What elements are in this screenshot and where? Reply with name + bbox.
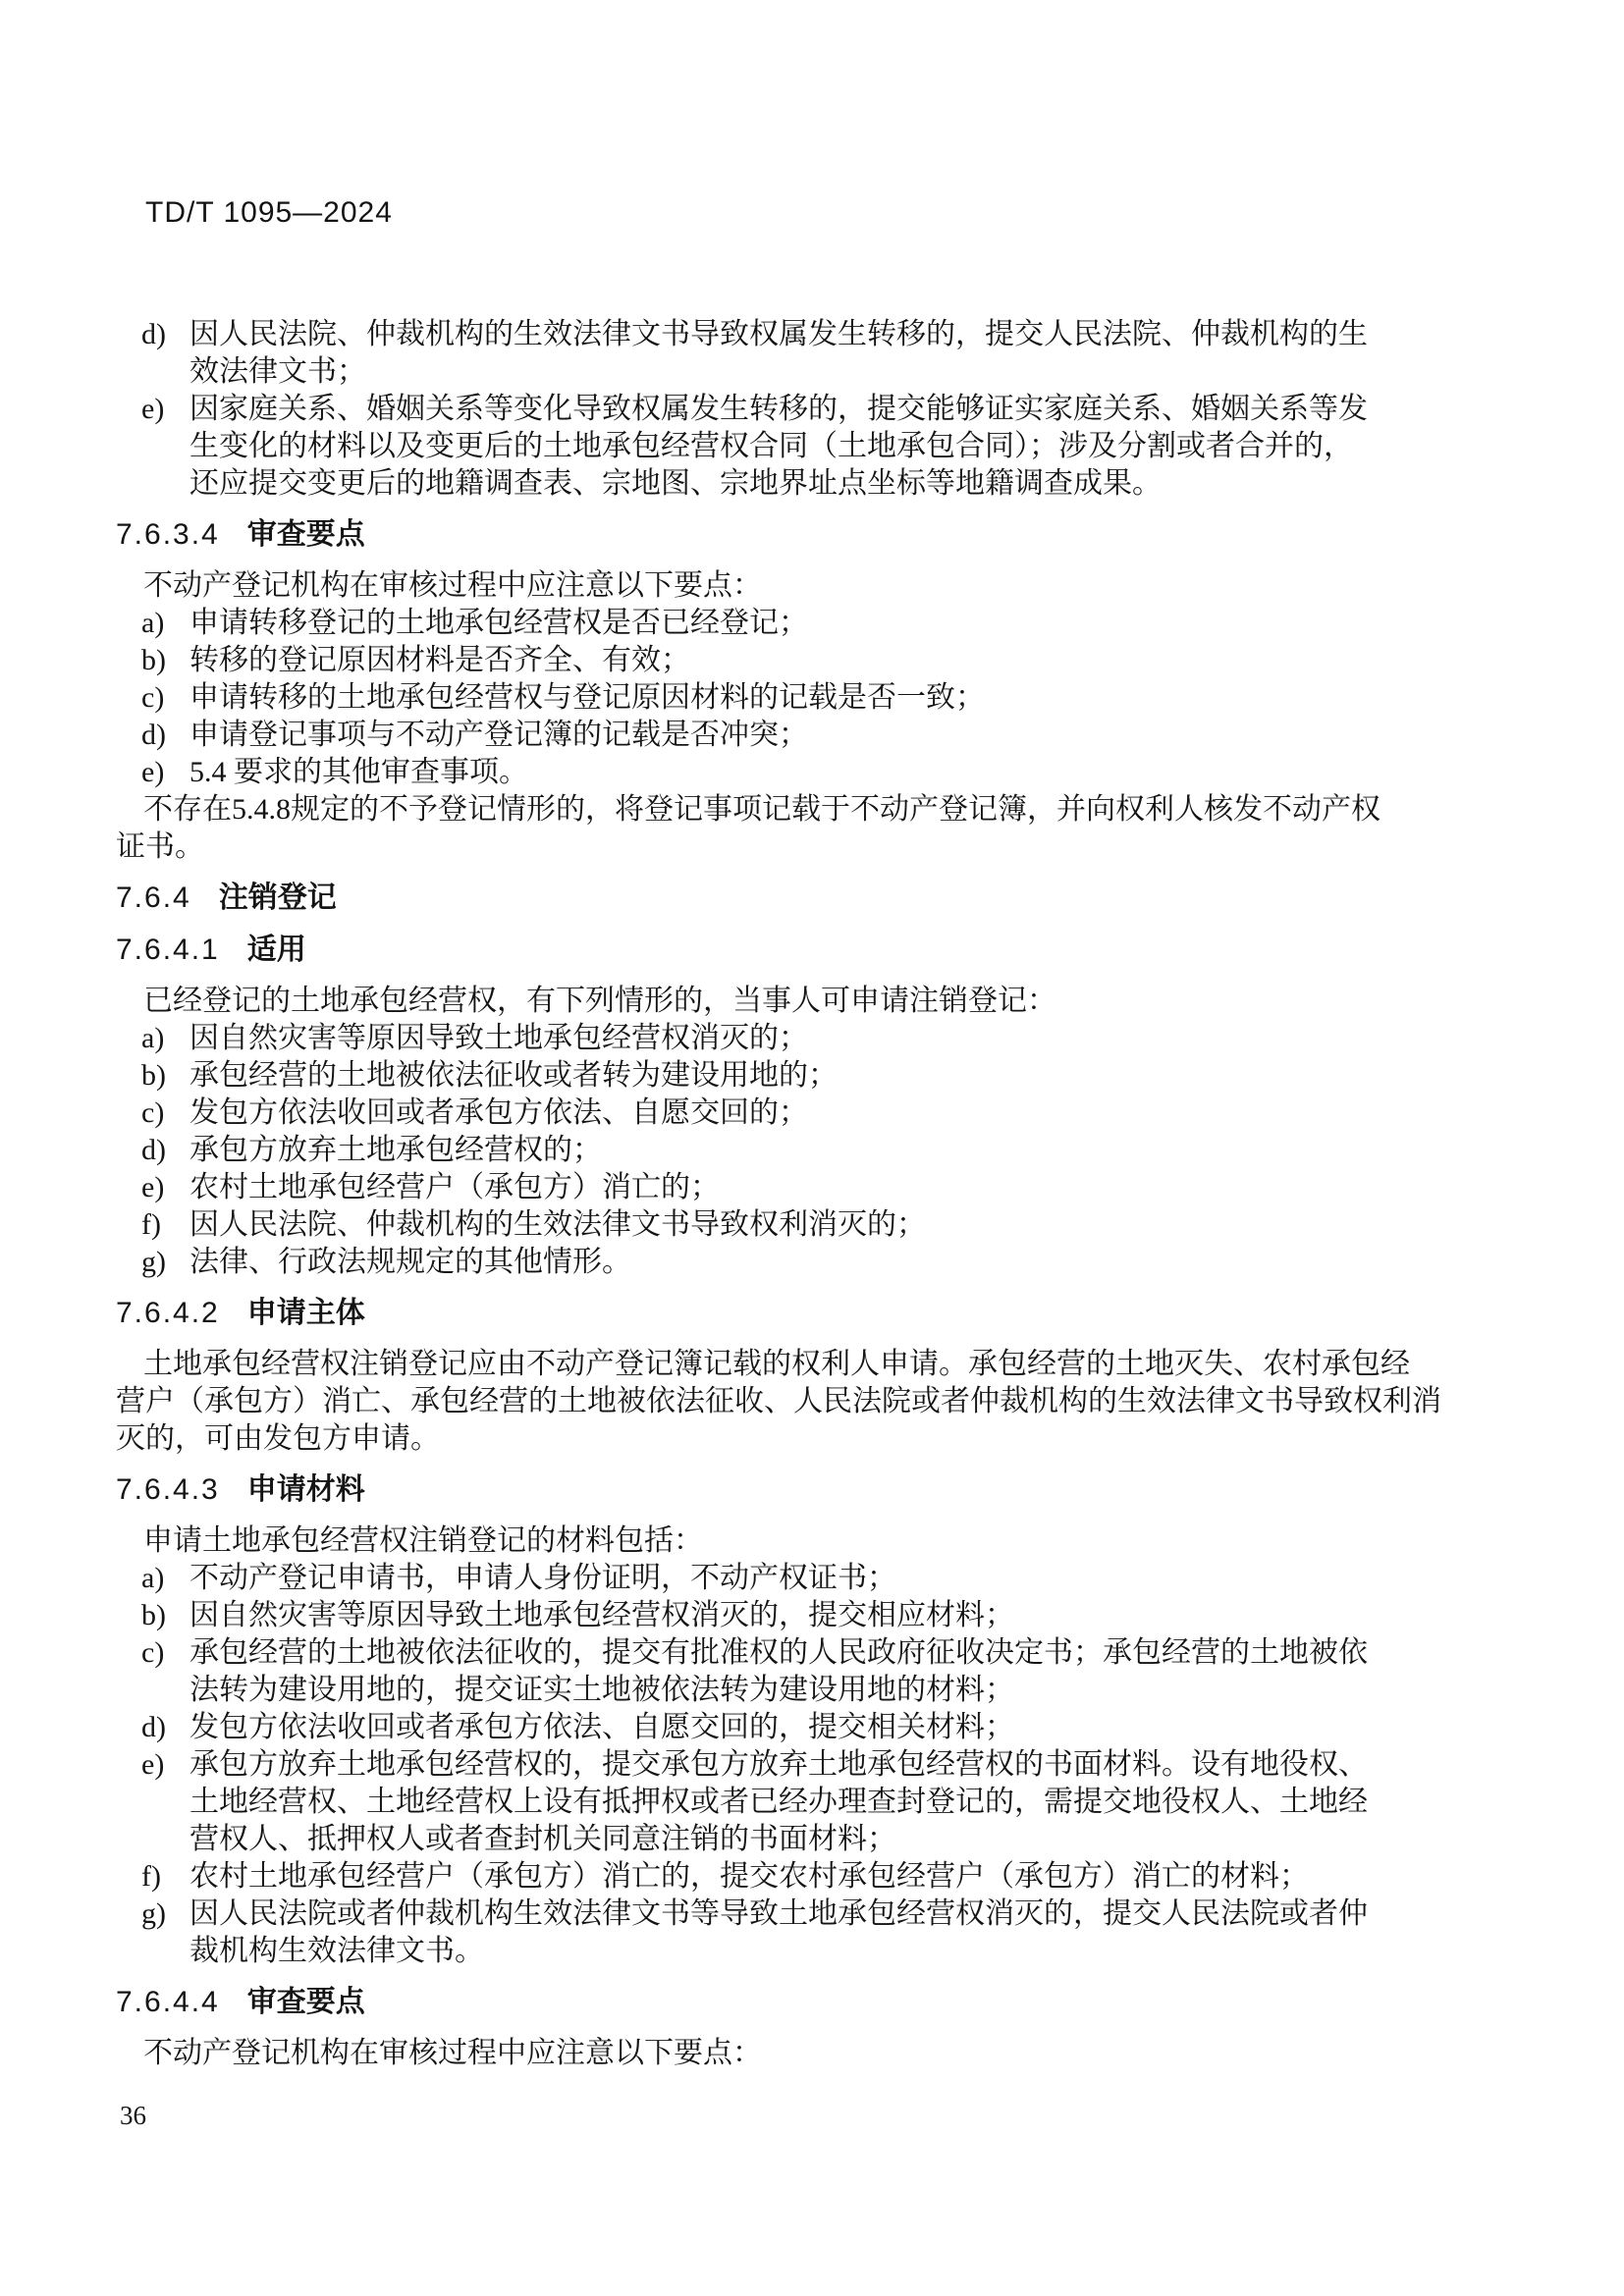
list-item: c) 承包经营的土地被依法征收的，提交有批准权的人民政府征收决定书；承包经营的土… (116, 1634, 1483, 1709)
list-item-marker: a) (116, 1020, 189, 1057)
list-item: c) 申请转移的土地承包经营权与登记原因材料的记载是否一致； (116, 679, 1483, 717)
section-heading: 7.6.4 注销登记 (116, 879, 1483, 918)
list-item: e) 5.4 要求的其他审查事项。 (116, 754, 1483, 791)
section-heading: 7.6.4.2 申请主体 (116, 1294, 1483, 1333)
list-item: a) 因自然灾害等原因导致土地承包经营权消灭的； (116, 1020, 1483, 1057)
list-item-marker: b) (116, 642, 189, 679)
list-item-text: 因自然灾害等原因导致土地承包经营权消灭的，提交相应材料； (189, 1597, 1483, 1634)
document-page: TD/T 1095—2024 d) 因人民法院、仲裁机构的生效法律文书导致权属发… (0, 0, 1624, 2296)
list-item-marker: g) (116, 1896, 189, 1970)
list-item-text: 法律、行政法规规定的其他情形。 (189, 1244, 1483, 1281)
list-item-marker: b) (116, 1597, 189, 1634)
list-item-marker: e) (116, 391, 189, 503)
list-item-marker: a) (116, 605, 189, 642)
list-item-text: 因家庭关系、婚姻关系等变化导致权属发生转移的，提交能够证实家庭关系、婚姻关系等发… (189, 391, 1483, 503)
section-heading: 7.6.4.1 适用 (116, 931, 1483, 970)
list-item-marker: b) (116, 1057, 189, 1095)
list-item-text: 承包经营的土地被依法征收或者转为建设用地的； (189, 1057, 1483, 1095)
paragraph: 已经登记的土地承包经营权，有下列情形的，当事人可申请注销登记： (116, 983, 1483, 1020)
list-item: e) 因家庭关系、婚姻关系等变化导致权属发生转移的，提交能够证实家庭关系、婚姻关… (116, 391, 1483, 503)
list-item-text: 不动产登记申请书，申请人身份证明，不动产权证书； (189, 1560, 1483, 1597)
list-item-text: 转移的登记原因材料是否齐全、有效； (189, 642, 1483, 679)
paragraph: 不动产登记机构在审核过程中应注意以下要点： (116, 567, 1483, 605)
standard-code: TD/T 1095—2024 (145, 196, 393, 230)
list-item: d) 申请登记事项与不动产登记簿的记载是否冲突； (116, 717, 1483, 754)
paragraph: 土地承包经营权注销登记应由不动产登记簿记载的权利人申请。承包经营的土地灭失、农村… (116, 1346, 1483, 1458)
list-item-text: 农村土地承包经营户（承包方）消亡的； (189, 1169, 1483, 1206)
list-item-text: 申请转移登记的土地承包经营权是否已经登记； (189, 605, 1483, 642)
list-item-marker: d) (116, 1709, 189, 1746)
list-item-text: 承包方放弃土地承包经营权的，提交承包方放弃土地承包经营权的书面材料。设有地役权、… (189, 1746, 1483, 1858)
list-item: b) 承包经营的土地被依法征收或者转为建设用地的； (116, 1057, 1483, 1095)
list-item: c) 发包方依法收回或者承包方依法、自愿交回的； (116, 1095, 1483, 1132)
list-item: d) 因人民法院、仲裁机构的生效法律文书导致权属发生转移的，提交人民法院、仲裁机… (116, 316, 1483, 391)
section-title: 适用 (247, 931, 306, 970)
list-item: a) 申请转移登记的土地承包经营权是否已经登记； (116, 605, 1483, 642)
list-item: d) 承包方放弃土地承包经营权的； (116, 1132, 1483, 1169)
list-item: f) 农村土地承包经营户（承包方）消亡的，提交农村承包经营户（承包方）消亡的材料… (116, 1858, 1483, 1896)
list-item-marker: e) (116, 1169, 189, 1206)
list-item-text: 申请登记事项与不动产登记簿的记载是否冲突； (189, 717, 1483, 754)
section-number: 7.6.3.4 (116, 515, 220, 555)
list-item-text: 因人民法院或者仲裁机构生效法律文书等导致土地承包经营权消灭的，提交人民法院或者仲… (189, 1896, 1483, 1970)
list-item-marker: a) (116, 1560, 189, 1597)
list-item: b) 因自然灾害等原因导致土地承包经营权消灭的，提交相应材料； (116, 1597, 1483, 1634)
section-title: 申请材料 (247, 1470, 365, 1510)
section-number: 7.6.4.1 (116, 931, 220, 970)
list-item-marker: d) (116, 316, 189, 391)
list-item-text: 农村土地承包经营户（承包方）消亡的，提交农村承包经营户（承包方）消亡的材料； (189, 1858, 1483, 1896)
section-title: 注销登记 (219, 879, 337, 918)
list-item-marker: g) (116, 1244, 189, 1281)
section-heading: 7.6.3.4 审查要点 (116, 515, 1483, 555)
section-number: 7.6.4 (116, 879, 191, 918)
list-item: g) 法律、行政法规规定的其他情形。 (116, 1244, 1483, 1281)
list-item: d) 发包方依法收回或者承包方依法、自愿交回的，提交相关材料； (116, 1709, 1483, 1746)
document-body: d) 因人民法院、仲裁机构的生效法律文书导致权属发生转移的，提交人民法院、仲裁机… (116, 316, 1483, 2072)
list-item-marker: f) (116, 1858, 189, 1896)
list-item-marker: d) (116, 717, 189, 754)
page-number: 36 (120, 2101, 146, 2131)
paragraph: 申请土地承包经营权注销登记的材料包括： (116, 1522, 1483, 1560)
list-item-text: 发包方依法收回或者承包方依法、自愿交回的； (189, 1095, 1483, 1132)
list-item-marker: d) (116, 1132, 189, 1169)
list-item: b) 转移的登记原因材料是否齐全、有效； (116, 642, 1483, 679)
section-heading: 7.6.4.3 申请材料 (116, 1470, 1483, 1510)
list-item-text: 承包方放弃土地承包经营权的； (189, 1132, 1483, 1169)
list-item-marker: c) (116, 1634, 189, 1709)
list-item-text: 发包方依法收回或者承包方依法、自愿交回的，提交相关材料； (189, 1709, 1483, 1746)
list-item: g) 因人民法院或者仲裁机构生效法律文书等导致土地承包经营权消灭的，提交人民法院… (116, 1896, 1483, 1970)
section-number: 7.6.4.4 (116, 1983, 220, 2022)
list-item-marker: c) (116, 679, 189, 717)
paragraph: 不存在5.4.8规定的不予登记情形的，将登记事项记载于不动产登记簿，并向权利人核… (116, 791, 1483, 866)
section-heading: 7.6.4.4 审查要点 (116, 1983, 1483, 2022)
section-title: 审查要点 (247, 515, 365, 555)
list-item-text: 因人民法院、仲裁机构的生效法律文书导致权利消灭的； (189, 1206, 1483, 1244)
list-item-text: 承包经营的土地被依法征收的，提交有批准权的人民政府征收决定书；承包经营的土地被依… (189, 1634, 1483, 1709)
section-title: 审查要点 (247, 1983, 365, 2022)
list-item: e) 承包方放弃土地承包经营权的，提交承包方放弃土地承包经营权的书面材料。设有地… (116, 1746, 1483, 1858)
section-number: 7.6.4.3 (116, 1470, 220, 1510)
list-item-text: 因自然灾害等原因导致土地承包经营权消灭的； (189, 1020, 1483, 1057)
list-item-text: 申请转移的土地承包经营权与登记原因材料的记载是否一致； (189, 679, 1483, 717)
section-title: 申请主体 (247, 1294, 365, 1333)
list-item-text: 因人民法院、仲裁机构的生效法律文书导致权属发生转移的，提交人民法院、仲裁机构的生… (189, 316, 1483, 391)
list-item: a) 不动产登记申请书，申请人身份证明，不动产权证书； (116, 1560, 1483, 1597)
list-item: e) 农村土地承包经营户（承包方）消亡的； (116, 1169, 1483, 1206)
list-item-marker: c) (116, 1095, 189, 1132)
paragraph: 不动产登记机构在审核过程中应注意以下要点： (116, 2035, 1483, 2072)
list-item-marker: e) (116, 754, 189, 791)
list-item-marker: e) (116, 1746, 189, 1858)
list-item-text: 5.4 要求的其他审查事项。 (189, 754, 1483, 791)
list-item-marker: f) (116, 1206, 189, 1244)
list-item: f) 因人民法院、仲裁机构的生效法律文书导致权利消灭的； (116, 1206, 1483, 1244)
section-number: 7.6.4.2 (116, 1294, 220, 1333)
